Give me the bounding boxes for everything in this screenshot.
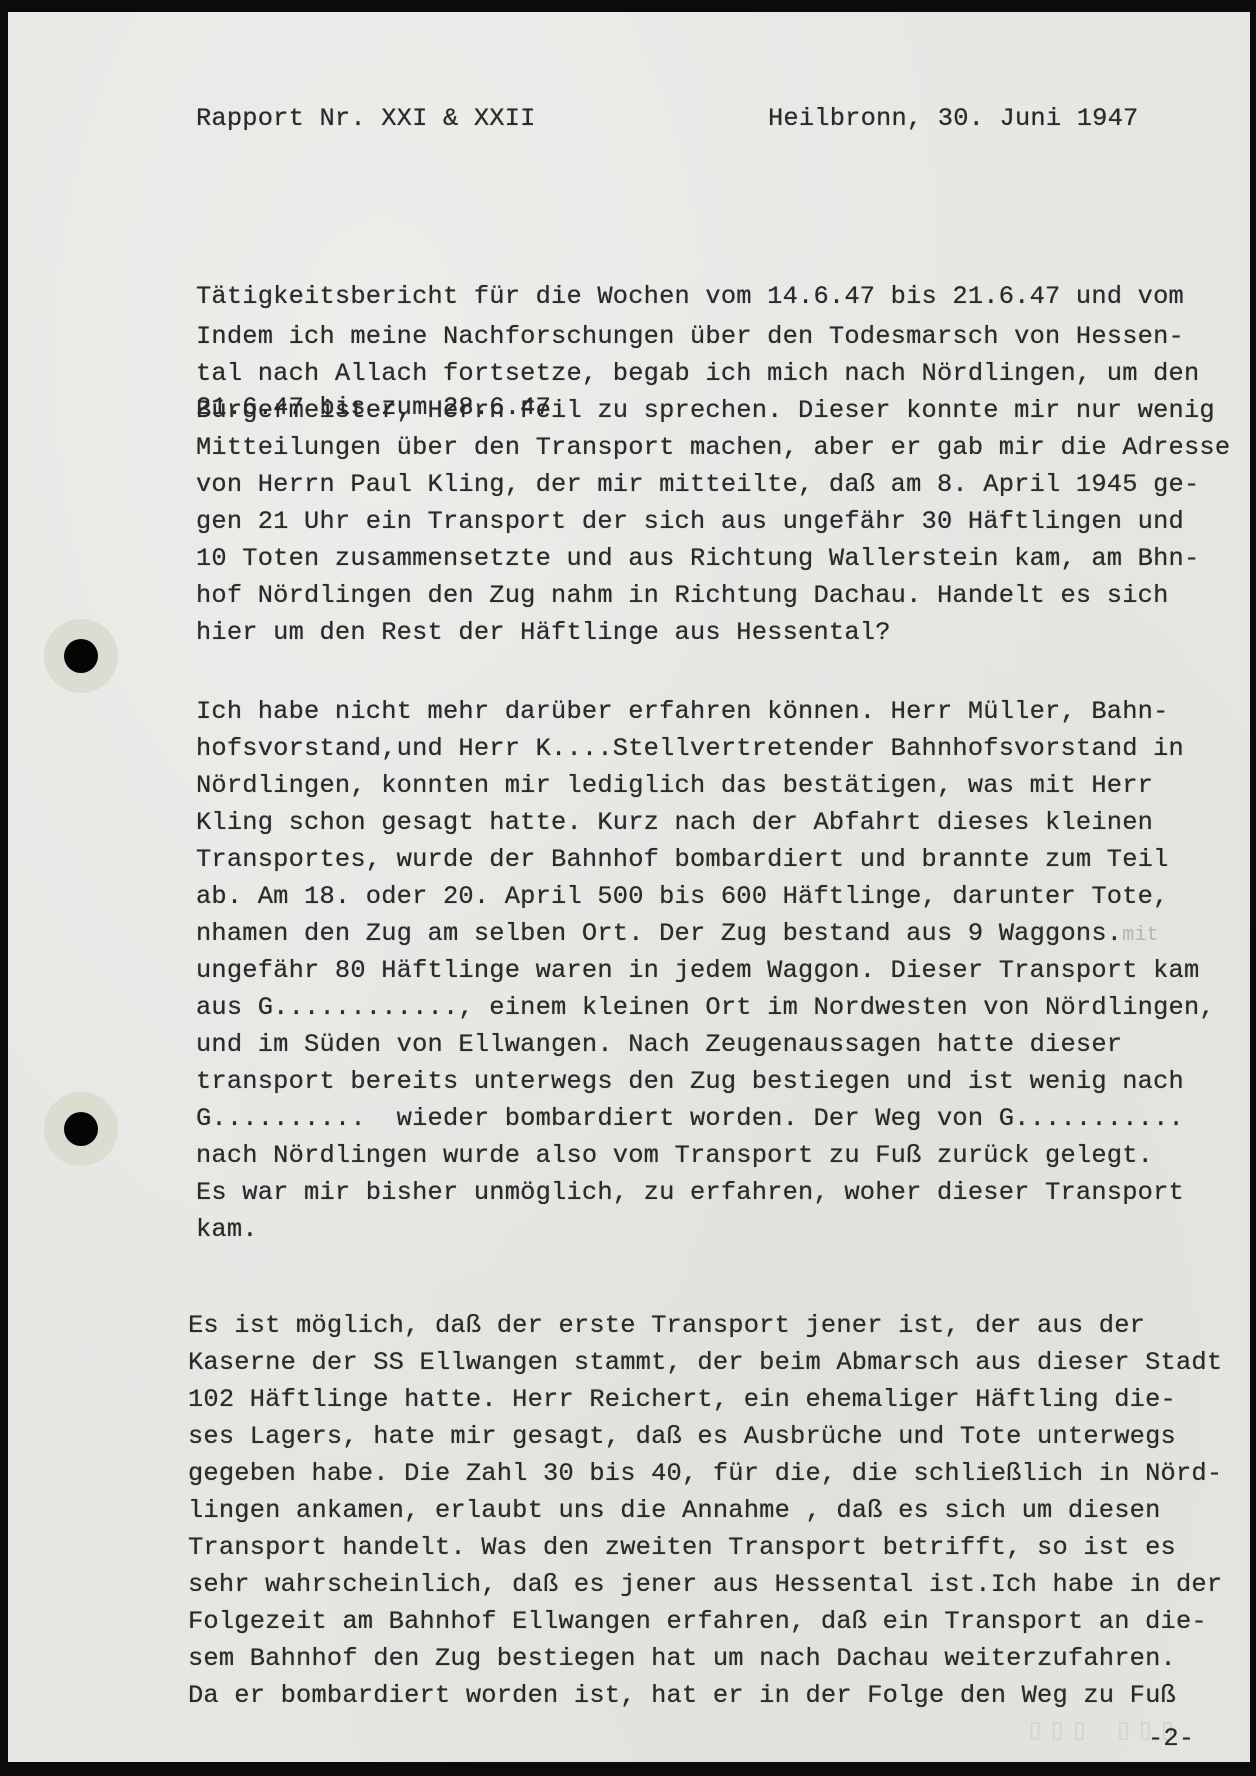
text-line: hof Nördlingen den Zug nahm in Richtung …: [196, 577, 1230, 614]
subject-line: Tätigkeitsbericht für die Wochen vom 14.…: [196, 278, 1184, 315]
text-line: 102 Häftlinge hatte. Herr Reichert, ein …: [188, 1381, 1222, 1418]
text-line: und im Süden von Ellwangen. Nach Zeugena…: [196, 1026, 1215, 1063]
text-line: 10 Toten zusammensetzte und aus Richtung…: [196, 540, 1230, 577]
text-line: nach Nördlingen wurde also vom Transport…: [196, 1137, 1215, 1174]
text-line: Nördlingen, konnten mir lediglich das be…: [196, 767, 1215, 804]
text-line: Transportes, wurde der Bahnhof bombardie…: [196, 841, 1215, 878]
text-line: sem Bahnhof den Zug bestiegen hat um nac…: [188, 1640, 1222, 1677]
text-line: sehr wahrscheinlich, daß es jener aus He…: [188, 1566, 1222, 1603]
paragraph-3: Es ist möglich, daß der erste Transport …: [188, 1307, 1222, 1714]
text-line: von Herrn Paul Kling, der mir mitteilte,…: [196, 466, 1230, 503]
handwritten-insertion: mit: [1122, 924, 1159, 947]
paragraph-1: Indem ich meine Nachforschungen über den…: [196, 318, 1230, 651]
text-line: hofsvorstand,und Herr K....Stellvertrete…: [196, 730, 1215, 767]
text-line: kam.: [196, 1211, 1215, 1248]
text-line: hier um den Rest der Häftlinge aus Hesse…: [196, 614, 1230, 651]
report-number: Rapport Nr. XXI & XXII: [196, 104, 536, 133]
text-line: ungefähr 80 Häftlinge waren in jedem Wag…: [196, 952, 1215, 989]
text-line: Es ist möglich, daß der erste Transport …: [188, 1307, 1222, 1344]
text-line: Folgezeit am Bahnhof Ellwangen erfahren,…: [188, 1603, 1222, 1640]
text-line: nhamen den Zug am selben Ort. Der Zug be…: [196, 915, 1215, 952]
text-line: gegeben habe. Die Zahl 30 bis 40, für di…: [188, 1455, 1222, 1492]
text-line: aus G............, einem kleinen Ort im …: [196, 989, 1215, 1026]
place-and-date: Heilbronn, 30. Juni 1947: [768, 104, 1139, 133]
text-line: G.......... wieder bombardiert worden. D…: [196, 1100, 1215, 1137]
text-line: ses Lagers, hate mir gesagt, daß es Ausb…: [188, 1418, 1222, 1455]
text-line: ab. Am 18. oder 20. April 500 bis 600 Hä…: [196, 878, 1215, 915]
text-line: Kaserne der SS Ellwangen stammt, der bei…: [188, 1344, 1222, 1381]
page-number: -2-: [1148, 1724, 1194, 1753]
text-line: Ich habe nicht mehr darüber erfahren kön…: [196, 693, 1215, 730]
text-line: Bürgermeister, Herrn Feil zu sprechen. D…: [196, 392, 1230, 429]
document-page: Rapport Nr. XXI & XXII Heilbronn, 30. Ju…: [8, 12, 1250, 1762]
text-line: gen 21 Uhr ein Transport der sich aus un…: [196, 503, 1230, 540]
paragraph-2: Ich habe nicht mehr darüber erfahren kön…: [196, 693, 1215, 1248]
text-line: Mitteilungen über den Transport machen, …: [196, 429, 1230, 466]
text-line: Da er bombardiert worden ist, hat er in …: [188, 1677, 1222, 1714]
text-line: Transport handelt. Was den zweiten Trans…: [188, 1529, 1222, 1566]
text-line: tal nach Allach fortsetze, begab ich mic…: [196, 355, 1230, 392]
punch-hole: [64, 1112, 98, 1146]
text-line: lingen ankamen, erlaubt uns die Annahme …: [188, 1492, 1222, 1529]
punch-hole: [64, 639, 98, 673]
text-line: Es war mir bisher unmöglich, zu erfahren…: [196, 1174, 1215, 1211]
text-line: Kling schon gesagt hatte. Kurz nach der …: [196, 804, 1215, 841]
text-line: transport bereits unterwegs den Zug best…: [196, 1063, 1215, 1100]
text-line: Indem ich meine Nachforschungen über den…: [196, 318, 1230, 355]
